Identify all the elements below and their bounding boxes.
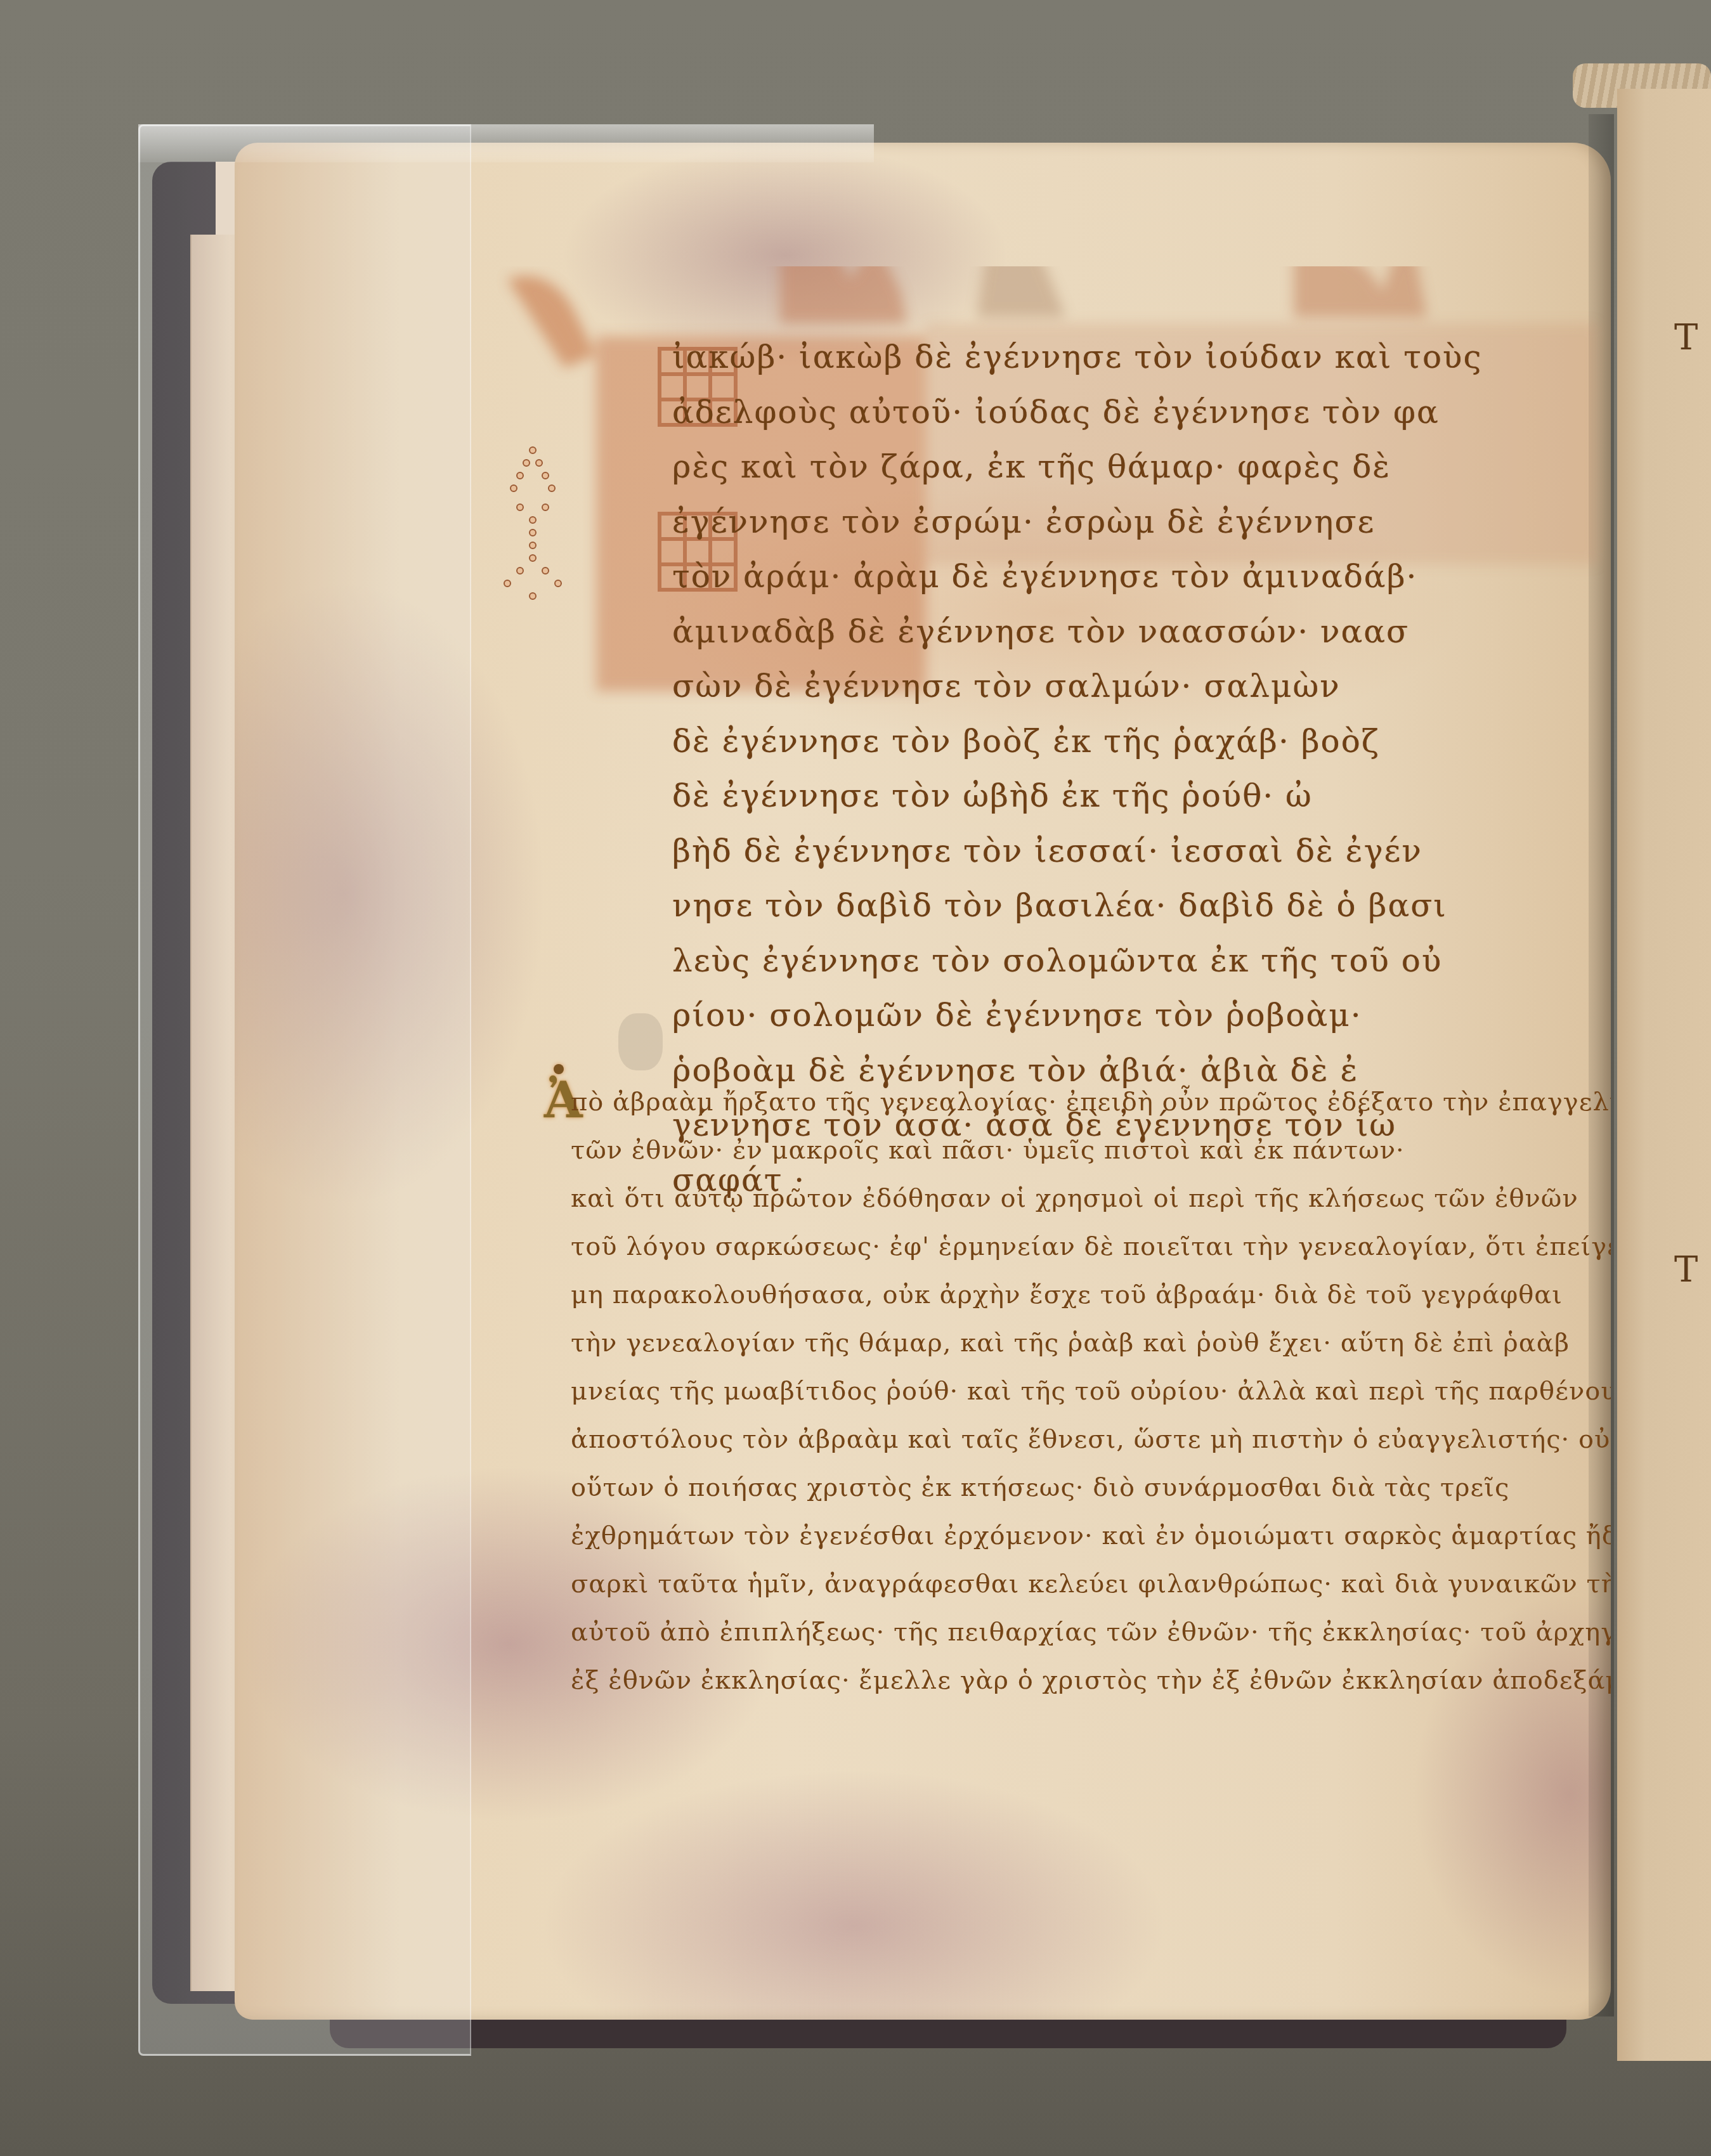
commentary-line: τὴν γενεαλογίαν τῆς θάμαρ, καὶ τῆς ῥαὰβ …	[571, 1319, 1611, 1367]
gospel-line: ρὲς καὶ τὸν ζάρα, ἐκ τῆς θάμαρ· φαρὲς δὲ	[672, 439, 1560, 495]
commentary-line: τοῦ λόγου σαρκώσεως· ἐφ' ἑρμηνείαν δὲ πο…	[571, 1223, 1611, 1271]
commentary-text-block: πὸ ἀβραὰμ ἤρξατο τῆς γενεαλογίας· ἐπειδὴ…	[571, 1078, 1611, 1705]
gospel-line: ἰακώβ· ἰακὼβ δὲ ἐγέννησε τὸν ἰούδαν καὶ …	[672, 330, 1560, 385]
commentary-line: οὕτων ὁ ποιήσας χριστὸς ἐκ κτήσεως· διὸ …	[571, 1464, 1611, 1512]
commentary-line: τῶν ἐθνῶν· ἐν μακροῖς καὶ πᾶσι· ὑμεῖς πι…	[571, 1126, 1611, 1174]
gospel-line: λεὺς ἐγέννησε τὸν σολομῶντα ἐκ τῆς τοῦ ο…	[672, 933, 1560, 989]
sleeve-glare	[138, 124, 874, 162]
protective-plastic-sleeve	[138, 124, 471, 2056]
commentary-line: ἀποστόλους τὸν ἀβραὰμ καὶ ταῖς ἔθνεσι, ὥ…	[571, 1415, 1611, 1464]
gospel-line: βὴδ δὲ ἐγέννησε τὸν ἰεσσαί· ἰεσσαὶ δὲ ἐγ…	[672, 824, 1560, 879]
gospel-line: ἀμιναδὰβ δὲ ἐγέννησε τὸν ναασσών· ναασ	[672, 604, 1560, 659]
commentary-line: μη παρακολουθήσασα, οὐκ ἀρχὴν ἔσχε τοῦ ἀ…	[571, 1271, 1611, 1319]
commentary-line: σαρκὶ ταῦτα ἡμῖν, ἀναγράφεσθαι κελεύει φ…	[571, 1560, 1611, 1608]
facing-page: Τ Τ	[1617, 89, 1711, 2061]
gospel-line: ρίου· σολομῶν δὲ ἐγέννησε τὸν ῥοβοὰμ·	[672, 988, 1560, 1043]
faded-stain	[618, 1013, 663, 1070]
gospel-line: ἀδελφοὺς αὐτοῦ· ἰούδας δὲ ἐγέννησε τὸν φ…	[672, 385, 1560, 440]
commentary-line: καὶ ὅτι αὐτῷ πρῶτον ἐδόθησαν οἱ χρησμοὶ …	[571, 1174, 1611, 1223]
gospel-line: σὼν δὲ ἐγέννησε τὸν σαλμών· σαλμὼν	[672, 659, 1560, 714]
commentary-line: ἐχθρημάτων τὸν ἐγενέσθαι ἐρχόμενον· καὶ …	[571, 1512, 1611, 1560]
commentary-line: αὐτοῦ ἀπὸ ἐπιπλήξεως· τῆς πειθαρχίας τῶν…	[571, 1608, 1611, 1656]
gospel-text-block: ἰακώβ· ἰακὼβ δὲ ἐγέννησε τὸν ἰούδαν καὶ …	[672, 330, 1560, 1207]
gospel-line: δὲ ἐγέννησε τὸν βοὸζ ἐκ τῆς ῥαχάβ· βοὸζ	[672, 714, 1560, 769]
gospel-line: τὸν ἀράμ· ἀρὰμ δὲ ἐγέννησε τὸν ἀμιναδάβ·	[672, 549, 1560, 604]
gospel-line: δὲ ἐγέννησε τὸν ὠβὴδ ἐκ τῆς ῥούθ· ὠ	[672, 769, 1560, 824]
commentary-line: ἐξ ἐθνῶν ἐκκλησίας· ἔμελλε γὰρ ὁ χριστὸς…	[571, 1656, 1611, 1705]
gospel-line: ἐγέννησε τὸν ἐσρώμ· ἐσρὼμ δὲ ἐγέννησε	[672, 495, 1560, 550]
gospel-line: νησε τὸν δαβὶδ τὸν βασιλέα· δαβὶδ δὲ ὁ β…	[672, 878, 1560, 933]
facing-page-glyph: Τ	[1674, 1249, 1698, 1290]
facing-page-glyph: Τ	[1674, 317, 1698, 358]
commentary-line: μνείας τῆς μωαβίτιδος ῥούθ· καὶ τῆς τοῦ …	[571, 1367, 1611, 1415]
commentary-line: πὸ ἀβραὰμ ἤρξατο τῆς γενεαλογίας· ἐπειδὴ…	[571, 1078, 1611, 1126]
